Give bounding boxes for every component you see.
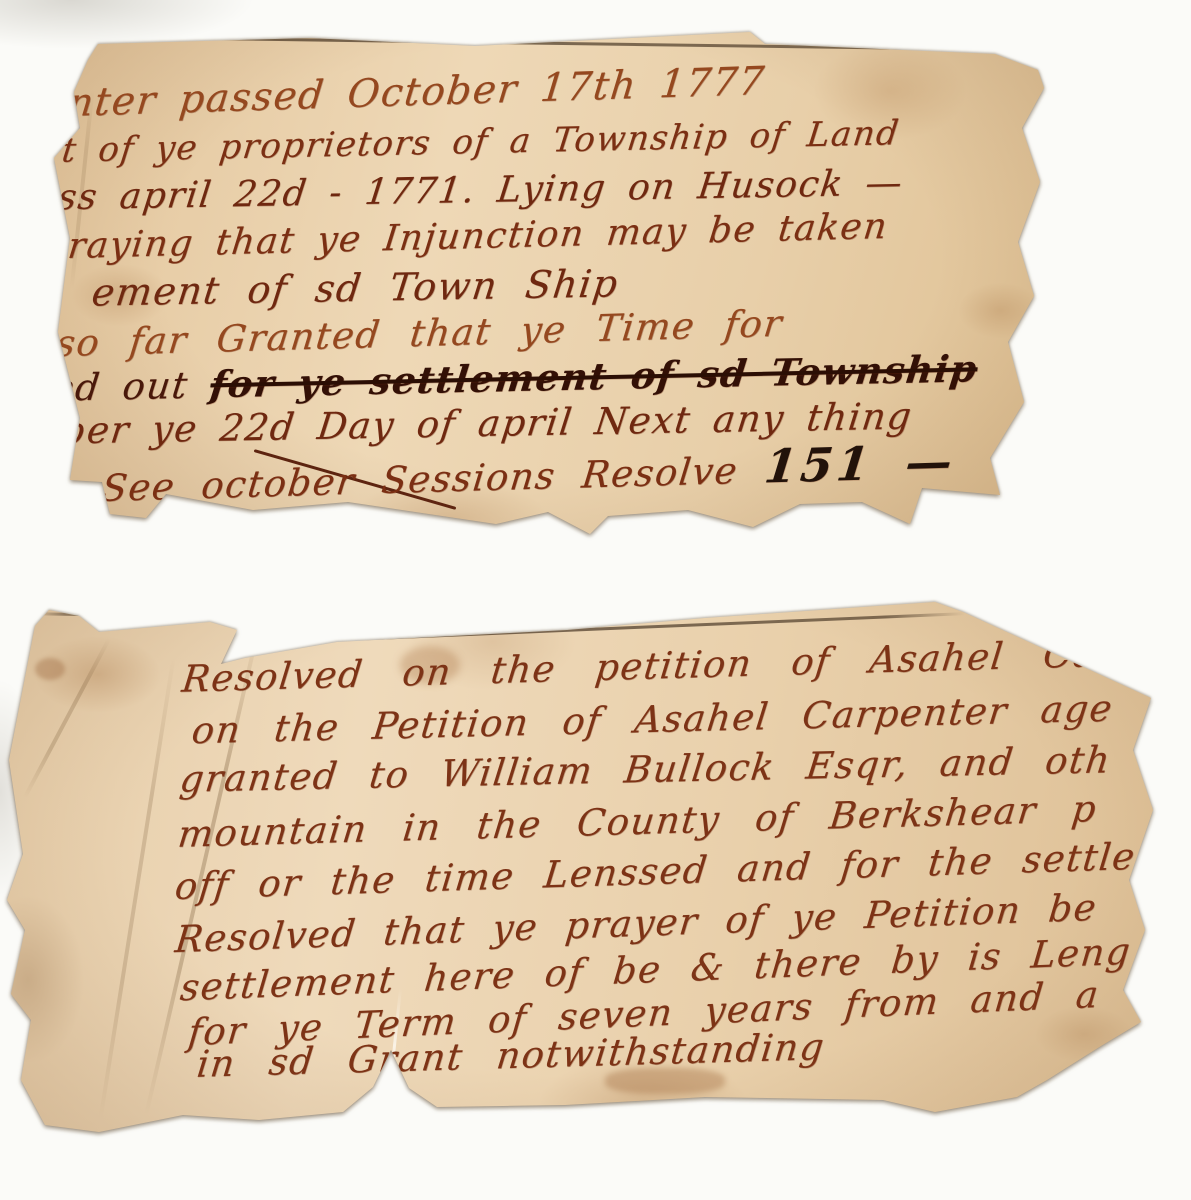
manuscript-fragment-bottom: Resolved on the petition of Asahel Carpe…	[5, 598, 1165, 1143]
scan-background: { "scan": { "background_color": "#fbfbf8…	[0, 0, 1191, 1200]
handwritten-text: nter passed October 17th 1777	[66, 59, 768, 126]
paper-top: nter passed October 17th 1777 t of ye pr…	[50, 30, 1050, 540]
stain	[35, 658, 65, 680]
manuscript-fragment-top: nter passed October 17th 1777 t of ye pr…	[50, 30, 1050, 540]
handwritten-text: See october Sessions Resolve	[99, 448, 766, 510]
handwritten-text: ed out	[49, 363, 213, 409]
resolve-number: 151 —	[762, 434, 959, 494]
handwritten-line: ement of sd Town Ship	[89, 261, 621, 314]
crease-line	[98, 656, 175, 1121]
paper-bottom: Resolved on the petition of Asahel Carpe…	[5, 598, 1165, 1143]
handwritten-line: nter passed October 17th 1777	[66, 59, 768, 126]
fold-flap-edge	[23, 638, 111, 799]
torn-edge-shadow	[100, 36, 1030, 52]
handwritten-text: ement of sd Town Ship	[89, 261, 621, 314]
torn-edge-shadow	[35, 612, 235, 618]
